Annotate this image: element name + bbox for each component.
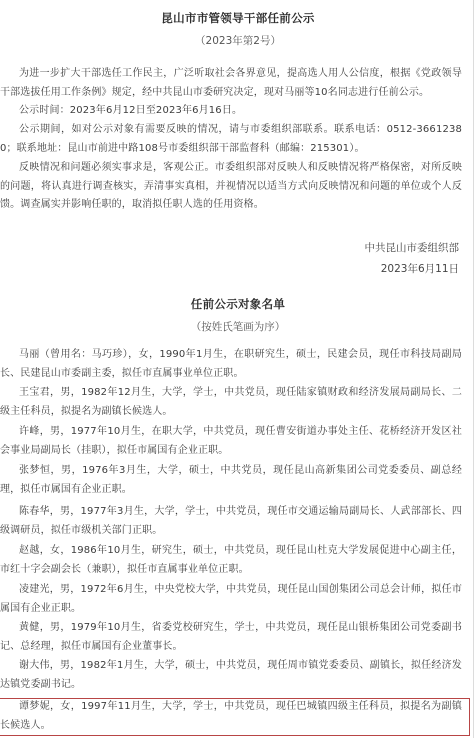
signature-date: 2023年6月11日 [381, 261, 459, 276]
roster-subtitle: （按姓氏笔画为序） [0, 319, 476, 334]
contact-paragraph: 公示期间，如对公示对象有需要反映的情况，请与市委组织部联系。联系电话：0512-… [0, 121, 462, 158]
intro-paragraph: 为进一步扩大干部选任工作民主，广泛听取社会各界意见，提高选人用人公信度，根据《党… [0, 65, 462, 102]
roster-entry: 凌建光，男，1972年6月生，中央党校大学，中共党员，现任昆山国创集团公司总会计… [0, 581, 462, 618]
roster-title: 任前公示对象名单 [0, 296, 476, 312]
notice-issue-number: （2023年第2号） [0, 33, 476, 48]
signature-org: 中共昆山市委组织部 [365, 240, 460, 255]
notice-document: 昆山市市管领导干部任前公示 （2023年第2号） 为进一步扩大干部选任工作民主，… [0, 0, 473, 738]
roster-entry: 谢大伟，男，1982年1月生，大学，硕士，中共党员，现任周市镇党委委员、副镇长，… [0, 657, 462, 694]
roster-entry: 陈春华，男，1977年3月生，大学，学士，中共党员，现任市交通运输局副局长、人武… [0, 503, 462, 540]
roster-entry: 许峰，男，1977年10月生，在职大学，中共党员，现任曹安街道办事处主任、花桥经… [0, 423, 462, 460]
roster-entry: 赵越，女，1986年10月生，研究生，硕士，中共党员，现任昆山杜克大学发展促进中… [0, 542, 462, 579]
publicity-period-paragraph: 公示时间：2023年6月12日至2023年6月16日。 [0, 102, 462, 121]
roster-entry: 马丽（曾用名：马巧珍），女，1990年1月生，在职研究生，硕士，民建会员，现任市… [0, 346, 462, 383]
highlight-box [0, 698, 470, 736]
feedback-rules-paragraph: 反映情况和问题必须实事求是，客观公正。市委组织部对反映人和反映情况将严格保密，对… [0, 159, 462, 215]
page-edge-divider [473, 0, 474, 738]
roster-entry: 黄健，男，1979年10月生，省委党校研究生，学士，中共党员，现任昆山银桥集团公… [0, 619, 462, 656]
roster-entry: 张梦恒，男，1976年3月生，大学，硕士，中共党员，现任昆山高新集团公司党委委员… [0, 462, 462, 499]
roster-entry: 王宝君，男，1982年12月生，大学，学士，中共党员，现任陆家镇财政和经济发展局… [0, 384, 462, 421]
notice-title: 昆山市市管领导干部任前公示 [0, 10, 476, 26]
